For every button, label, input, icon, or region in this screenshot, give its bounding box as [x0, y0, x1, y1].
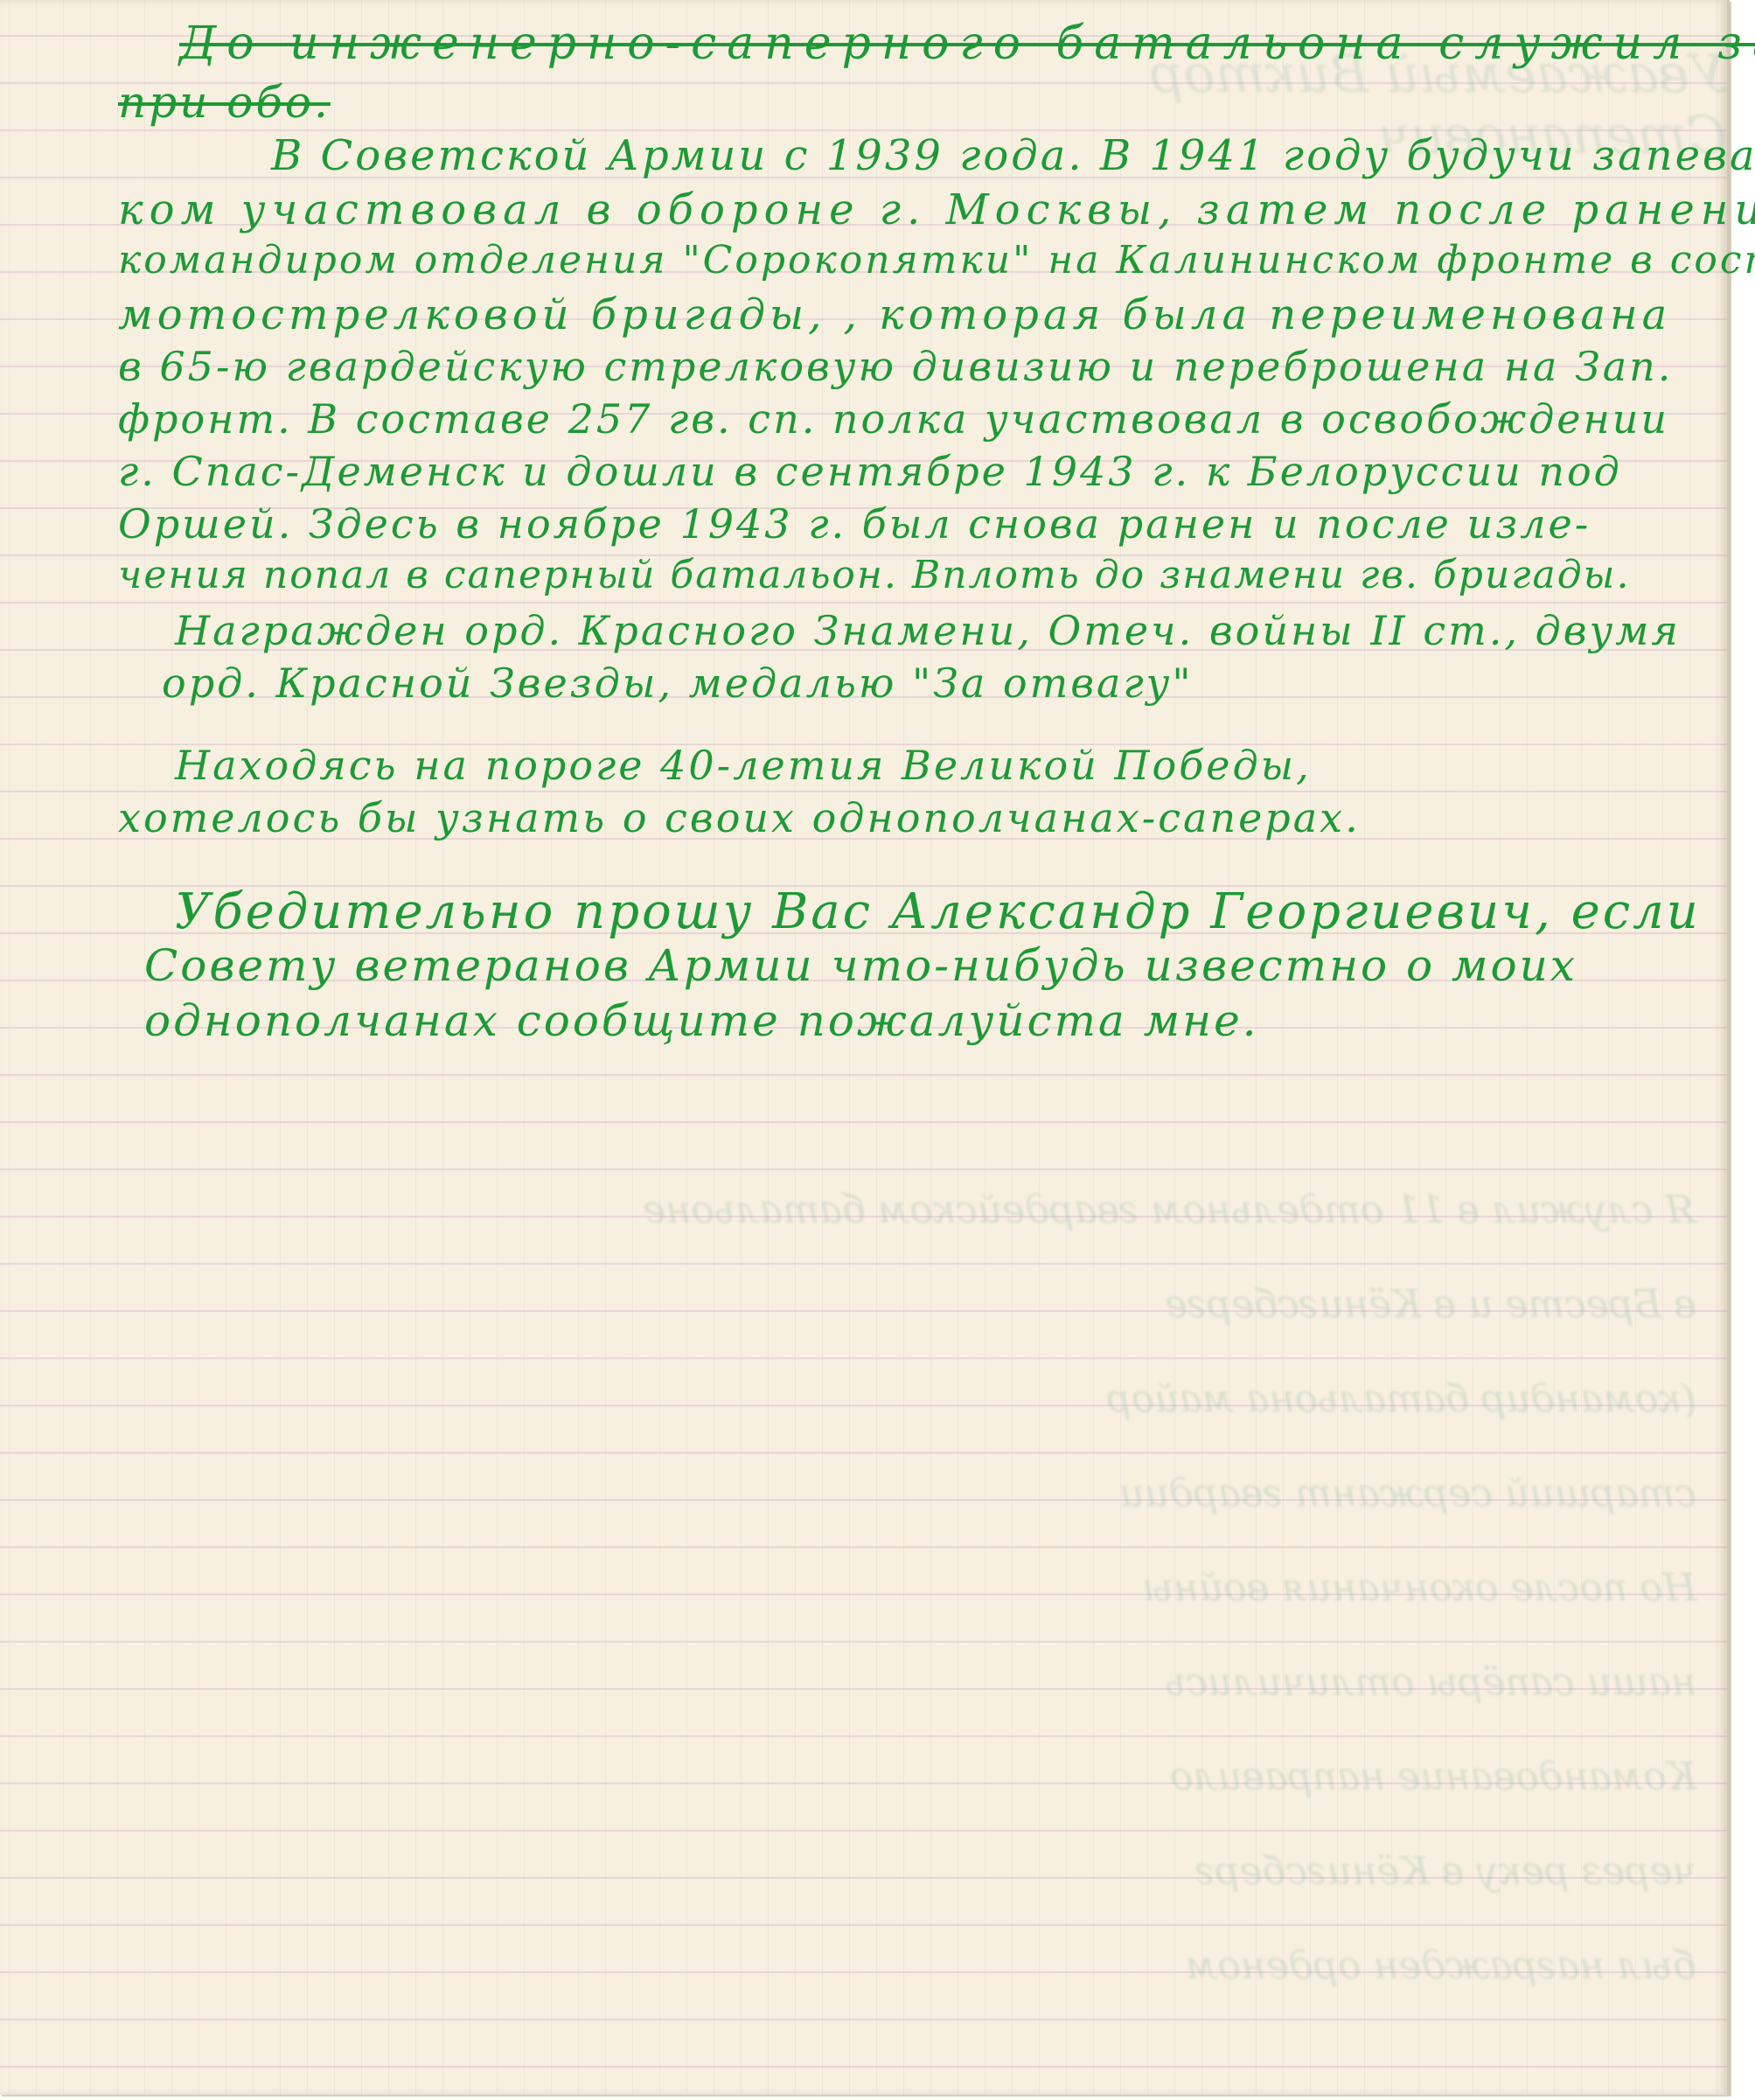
- letter-line-13: орд. Красной Звезды, медалью "За отвагу": [162, 659, 1193, 707]
- letter-line-12: Награжден орд. Красного Знамени, Отеч. в…: [175, 607, 1681, 654]
- letter-line-11: чения попал в саперный батальон. Вплоть …: [118, 553, 1630, 597]
- letter-line-10: Оршей. Здесь в ноябре 1943 г. был снова …: [118, 500, 1591, 548]
- letter-line-6: мотострелковой бригады, , которая была п…: [118, 290, 1671, 339]
- letter-line-4: ком участвовал в обороне г. Москвы, зате…: [118, 185, 1755, 234]
- bleed-through-text: Я служил в 11 отдельном гвардейском бата…: [122, 1163, 1696, 2013]
- letter-line-14: Находясь на пороге 40-летия Великой Побе…: [175, 742, 1312, 789]
- letter-line-3: В Советской Армии с 1939 года. В 1941 го…: [271, 131, 1755, 180]
- letter-line-7: в 65-ю гвардейскую стрелковую дивизию и …: [118, 343, 1673, 390]
- letter-line-8: фронт. В составе 257 гв. сп. полка участ…: [118, 395, 1669, 443]
- letter-line-15: хотелось бы узнать о своих однополчанах-…: [118, 794, 1361, 841]
- letter-line-17: Совету ветеранов Армии что-нибудь извест…: [144, 940, 1577, 991]
- letter-page: Уважаемый Виктор Степанович Я служил в 1…: [0, 0, 1730, 2095]
- letter-line-18: однополчанах сообщите пожалуйста мне.: [144, 995, 1259, 1046]
- letter-line-2: при обо.: [118, 77, 331, 128]
- letter-line-1: До инженерно-саперного батальона служил …: [179, 17, 1755, 70]
- letter-line-5: командиром отделения "Сорокопятки" на Ка…: [118, 238, 1755, 283]
- letter-line-9: г. Спас-Деменск и дошли в сентябре 1943 …: [118, 448, 1622, 495]
- letter-line-16: Убедительно прошу Вас Александр Георгиев…: [175, 883, 1701, 940]
